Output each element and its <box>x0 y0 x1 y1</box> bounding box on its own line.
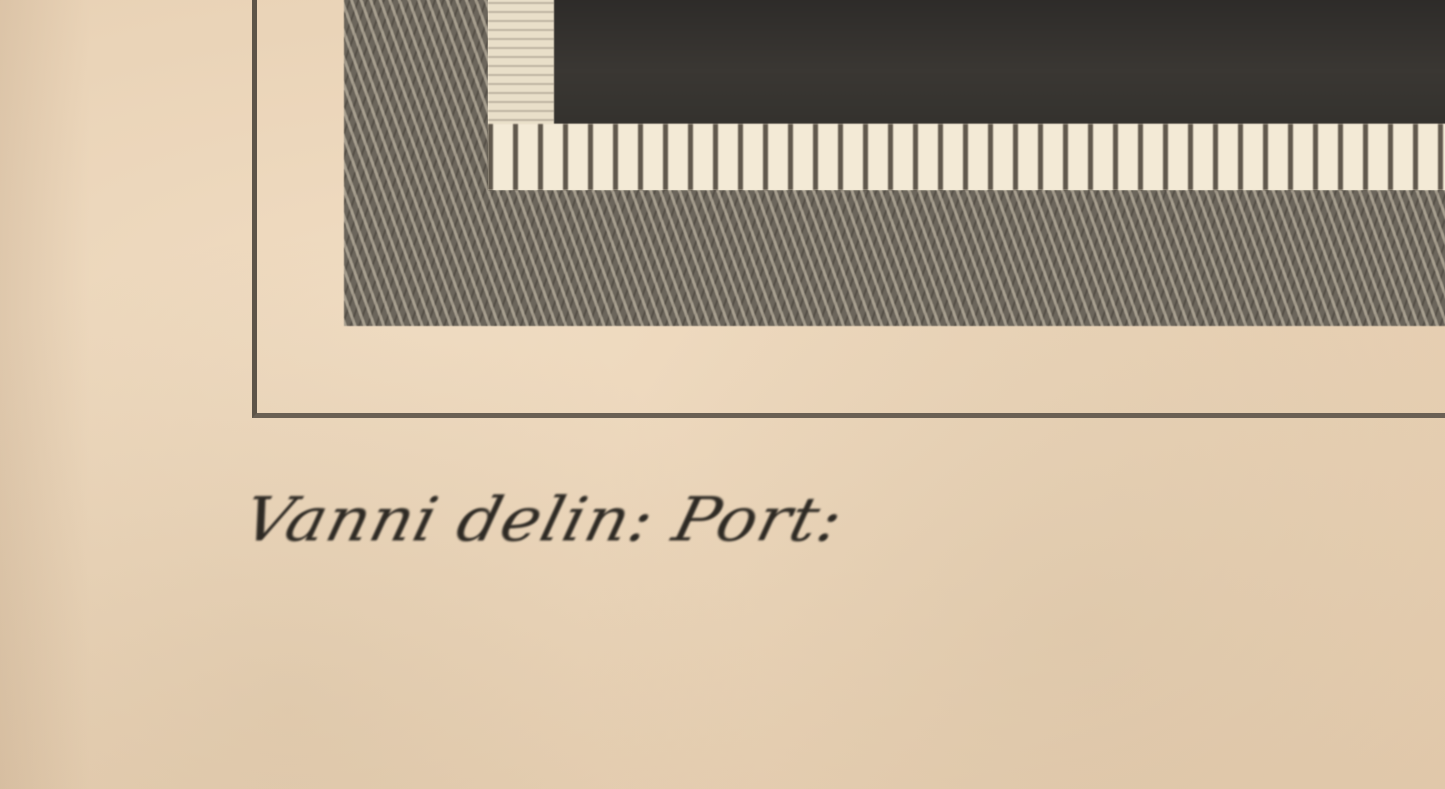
engraver-signature: Vanni delin: Port: <box>236 484 851 555</box>
corner-ribbed-molding <box>488 0 554 130</box>
dentil-molding <box>488 124 1445 190</box>
dark-engraved-field <box>554 0 1445 124</box>
